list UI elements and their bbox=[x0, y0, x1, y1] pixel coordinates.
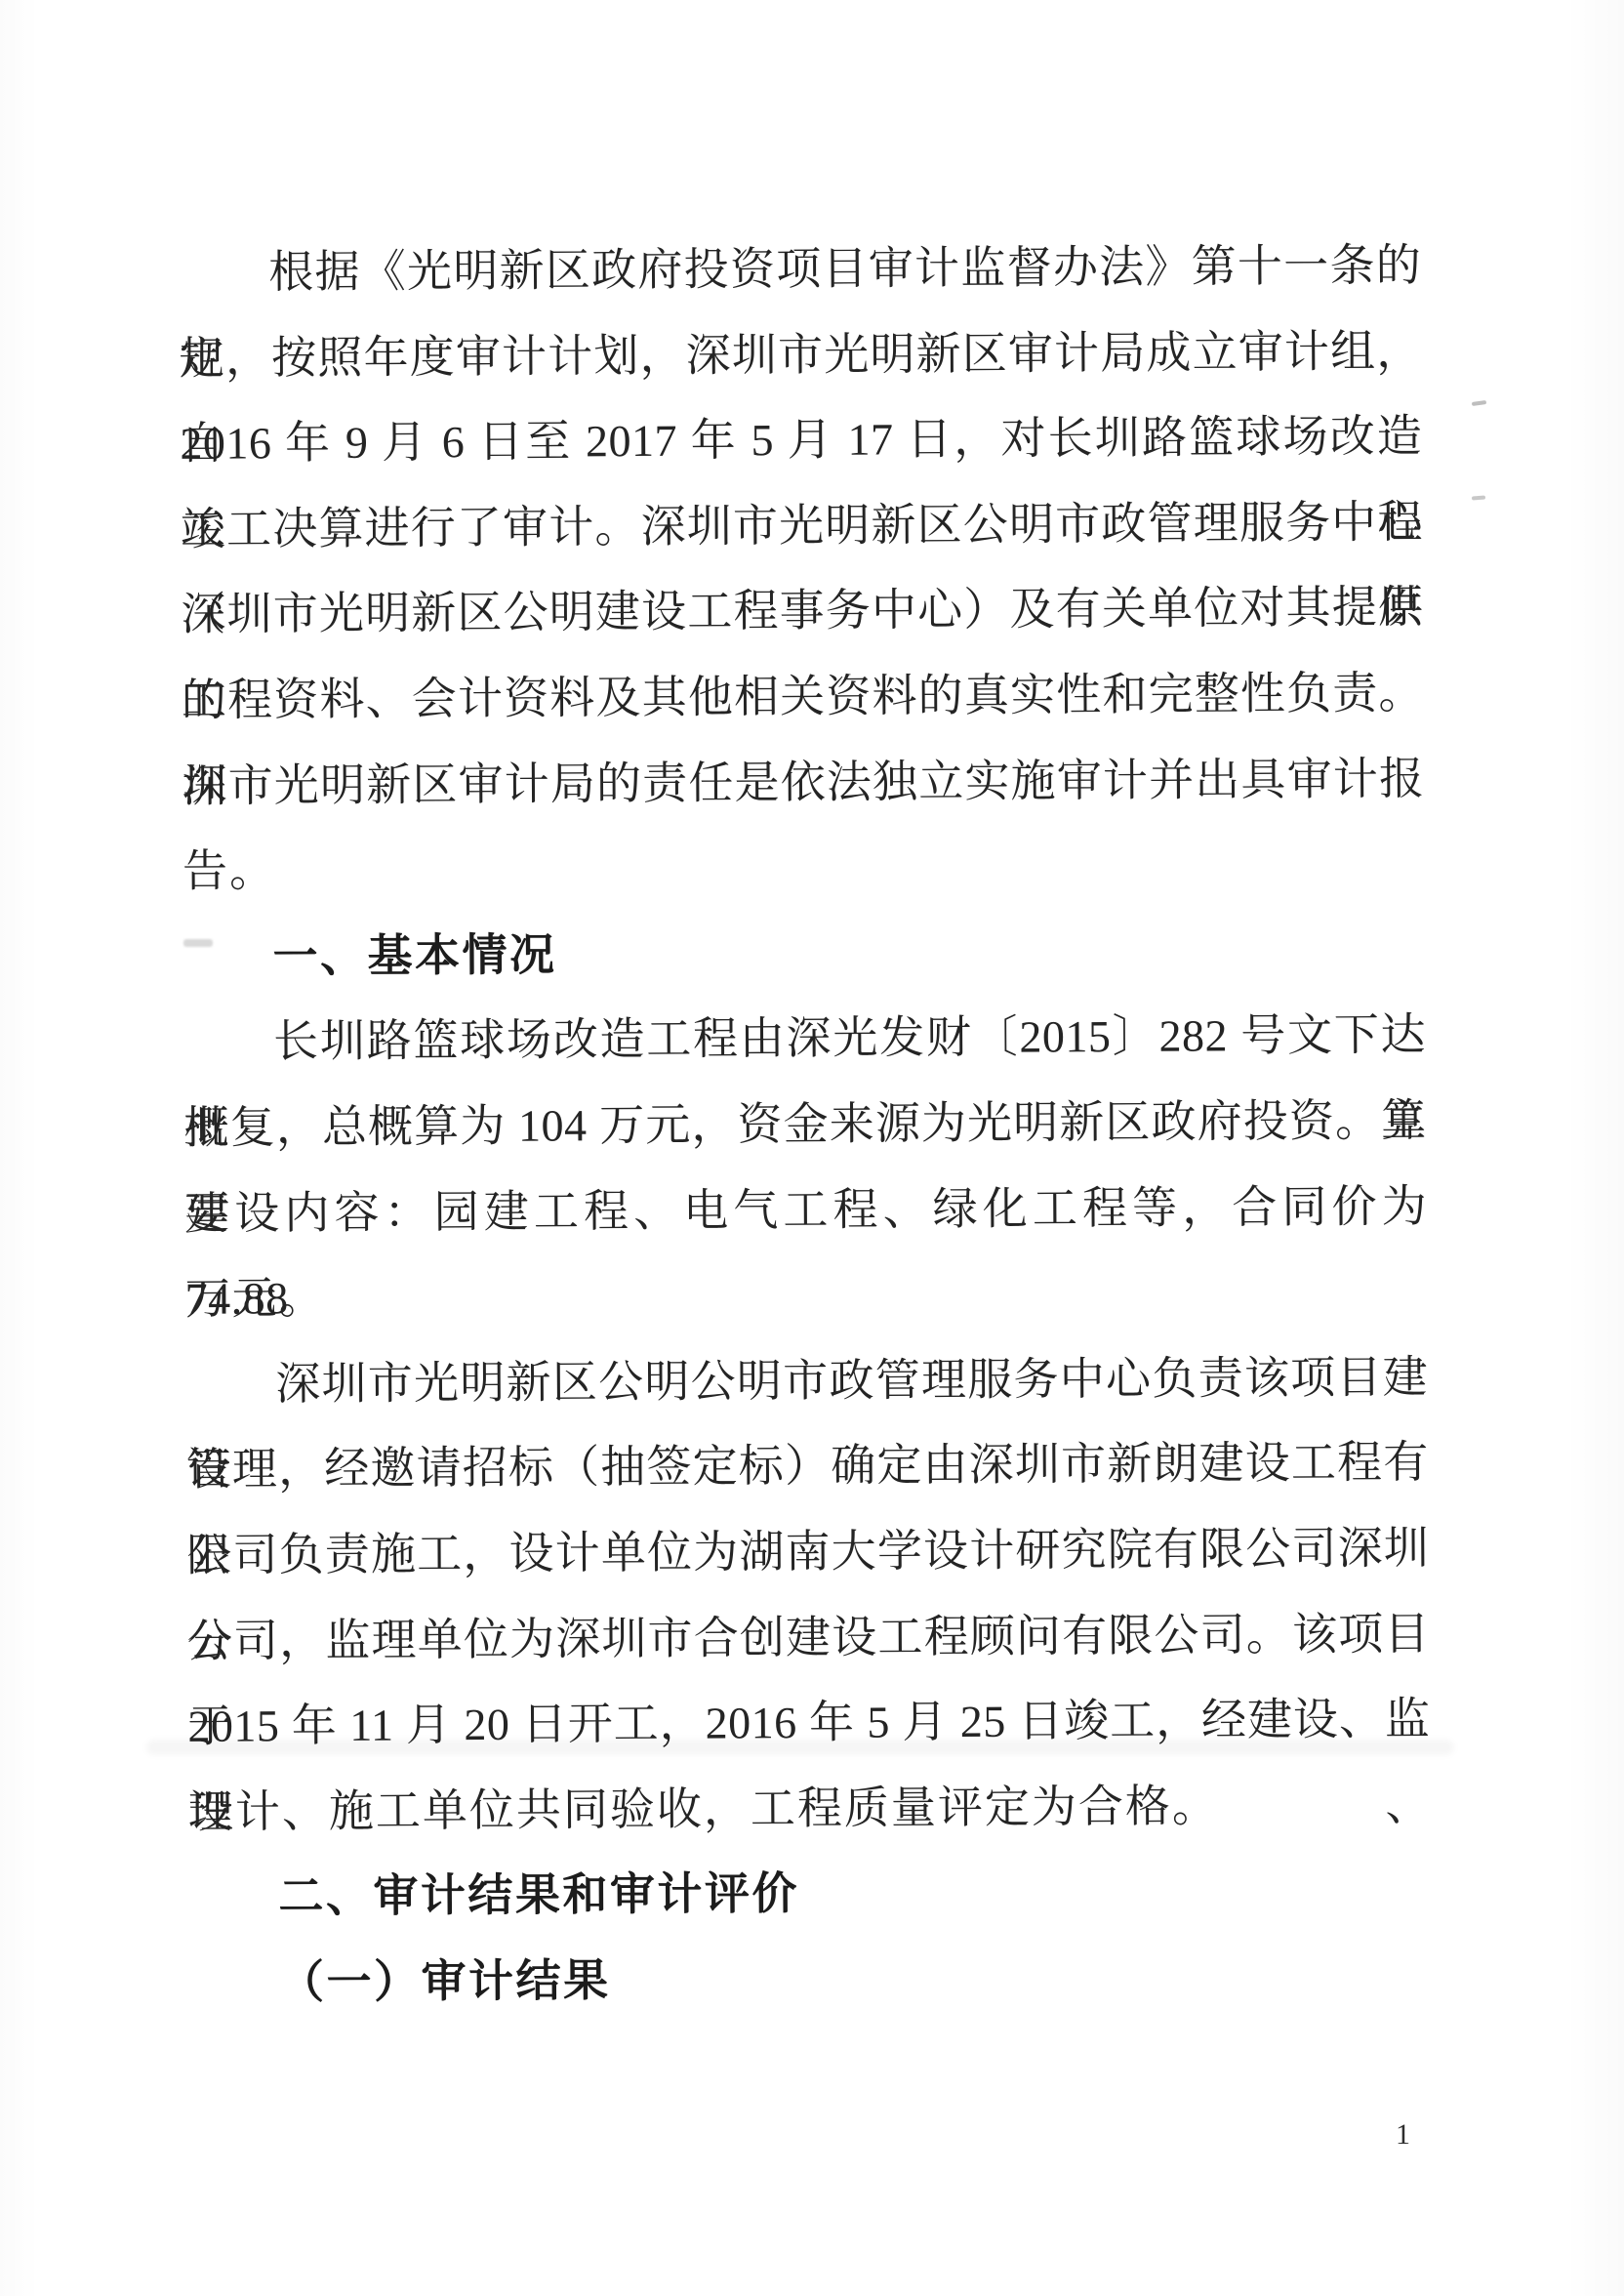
text-line: 建设内容：园建工程、电气工程、绿化工程等，合同价为 74.88 bbox=[184, 1164, 1428, 1256]
section-heading: 二、审计结果和审计评价 bbox=[188, 1847, 1432, 1940]
paragraph: 长圳路篮球场改造工程由深光发财〔2015〕282 号文下达概算批复，总概算为 1… bbox=[183, 992, 1428, 1341]
paragraph: 根据《光明新区政府投资项目审计监督办法》第十一条的规定，按照年度审计计划，深圳市… bbox=[179, 223, 1425, 915]
text-line: （一）审计结果 bbox=[189, 1933, 1433, 2026]
text-line: 长圳路篮球场改造工程由深光发财〔2015〕282 号文下达概算 bbox=[183, 992, 1427, 1085]
text-line: 根据《光明新区政府投资项目审计监督办法》第十一条的规 bbox=[179, 223, 1422, 315]
text-line: 告。 bbox=[183, 821, 1426, 914]
scanned-page: 根据《光明新区政府投资项目审计监督办法》第十一条的规定，按照年度审计计划，深圳市… bbox=[0, 0, 1624, 2296]
text-line: 公司，监理单位为深圳市合创建设工程顾问有限公司。该项目于 bbox=[187, 1591, 1431, 1684]
text-line: 深圳市光明新区公明建设工程事务中心）及有关单位对其提供的 bbox=[181, 564, 1424, 657]
section-heading: （一）审计结果 bbox=[189, 1933, 1433, 2026]
scan-artifact bbox=[1472, 400, 1486, 406]
text-line: 二、审计结果和审计评价 bbox=[188, 1847, 1432, 1940]
page-number: 1 bbox=[1396, 2118, 1410, 2152]
text-line: 万元。 bbox=[184, 1249, 1428, 1341]
paragraph: 深圳市光明新区公明公明市政管理服务中心负责该项目建设管理，经邀请招标（抽签定标）… bbox=[185, 1334, 1431, 1855]
text-block: 根据《光明新区政府投资项目审计监督办法》第十一条的规定，按照年度审计计划，深圳市… bbox=[179, 223, 1432, 2026]
section-heading: 一、基本情况 bbox=[183, 907, 1426, 1000]
text-line: 定，按照年度审计计划，深圳市光明新区审计局成立审计组，自 bbox=[180, 308, 1423, 401]
text-line: 2015 年 11 月 20 日开工，2016 年 5 月 25 日竣工，经建设… bbox=[187, 1676, 1431, 1769]
text-line: 公司负责施工，设计单位为湖南大学设计研究院有限公司深圳分 bbox=[186, 1505, 1430, 1598]
text-line: 深圳市光明新区公明公明市政管理服务中心负责该项目建设 bbox=[185, 1334, 1429, 1427]
text-line: 2016 年 9 月 6 日至 2017 年 5 月 17 日，对长圳路篮球场改… bbox=[180, 393, 1423, 486]
text-line: 一、基本情况 bbox=[183, 907, 1426, 1000]
text-line: 工程资料、会计资料及其他相关资料的真实性和完整性负责。深 bbox=[182, 650, 1425, 743]
scan-artifact bbox=[1472, 496, 1485, 501]
text-line: 批复，总概算为 104 万元，资金来源为光明新区政府投资。主要 bbox=[183, 1078, 1427, 1170]
text-line: 竣工决算进行了审计。深圳市光明新区公明市政管理服务中心（原 bbox=[181, 479, 1424, 572]
text-line: 圳市光明新区审计局的责任是依法独立实施审计并出具审计报 bbox=[182, 736, 1425, 829]
text-line: 管理，经邀请招标（抽签定标）确定由深圳市新朗建设工程有限 bbox=[186, 1419, 1430, 1512]
